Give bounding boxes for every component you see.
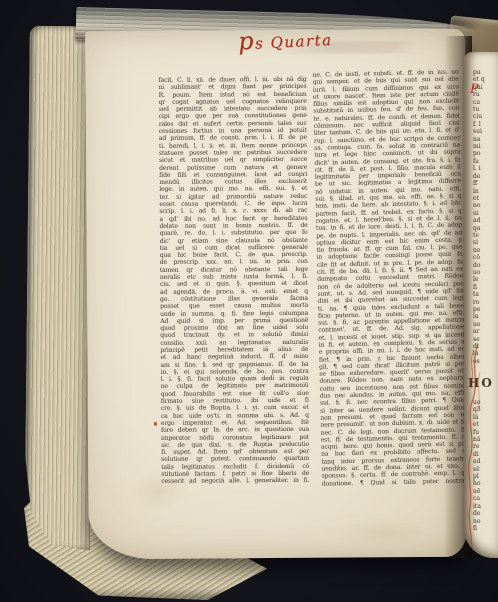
text-column-left: facit. C. li. xii. de diuer. offi. l. ii… <box>158 76 309 486</box>
margin-red-mark <box>154 422 157 426</box>
next-page-initial-fragment: HO <box>468 376 494 390</box>
book-photograph: ps Quarta facit. C. li. xii. de diuer. o… <box>0 0 498 602</box>
rubric-heading: ps Quarta <box>237 20 389 68</box>
next-page-sliver: P puet qquirucatuciuf. lsuinamipofal. id… <box>464 52 498 558</box>
next-page-text-bottom: uoq3lāetfunārediadsēplhouēcaitadenofi <box>473 399 497 532</box>
foxing-spot <box>339 519 429 546</box>
main-page: ps Quarta facit. C. li. xii. de diuer. o… <box>85 29 469 560</box>
next-page-text-top: puet qquirucatuciuf. lsuinamipofal. idef… <box>473 69 497 365</box>
